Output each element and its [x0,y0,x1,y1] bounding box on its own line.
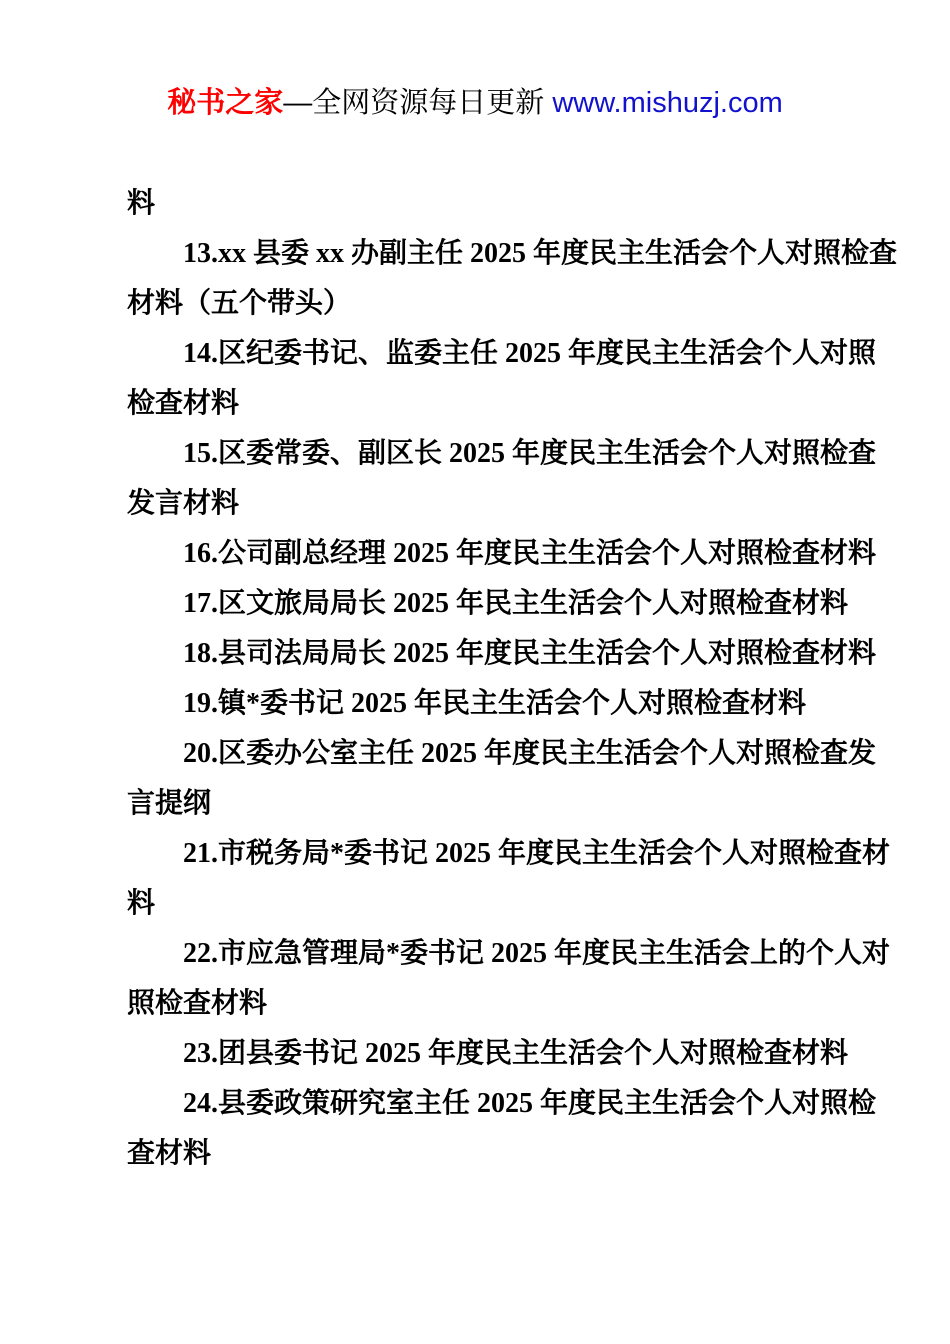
doc-line: 14.区纪委书记、监委主任 2025 年度民主生活会个人对照 [127,329,872,379]
doc-line: 材料（五个带头） [127,279,872,329]
list-item-21: 21.市税务局*委书记 2025 年度民主生活会个人对照检查材 料 [127,829,872,929]
list-item-22: 22.市应急管理局*委书记 2025 年度民主生活会上的个人对 照检查材料 [127,929,872,1029]
doc-line: 16.公司副总经理 2025 年度民主生活会个人对照检查材料 [127,529,872,579]
site-header: 秘书之家—全网资源每日更新 www.mishuzj.com [0,84,950,122]
doc-line: 13.xx 县委 xx 办副主任 2025 年度民主生活会个人对照检查 [127,229,872,279]
list-item-18: 18.县司法局局长 2025 年度民主生活会个人对照检查材料 [127,629,872,679]
doc-line: 发言材料 [127,479,872,529]
list-item-20: 20.区委办公室主任 2025 年度民主生活会个人对照检查发 言提纲 [127,729,872,829]
list-item-17: 17.区文旅局局长 2025 年民主生活会个人对照检查材料 [127,579,872,629]
doc-line: 20.区委办公室主任 2025 年度民主生活会个人对照检查发 [127,729,872,779]
site-brand: 秘书之家 [167,87,283,119]
list-item-24: 24.县委政策研究室主任 2025 年度民主生活会个人对照检 查材料 [127,1079,872,1179]
continuation-line: 料 [127,179,872,229]
site-url-link[interactable]: www.mishuzj.com [552,87,782,119]
list-item-14: 14.区纪委书记、监委主任 2025 年度民主生活会个人对照 检查材料 [127,329,872,429]
doc-line: 料 [127,879,872,929]
list-item-19: 19.镇*委书记 2025 年民主生活会个人对照检查材料 [127,679,872,729]
doc-line: 查材料 [127,1129,872,1179]
document-body: 料 13.xx 县委 xx 办副主任 2025 年度民主生活会个人对照检查 材料… [127,179,872,1179]
doc-line: 17.区文旅局局长 2025 年民主生活会个人对照检查材料 [127,579,872,629]
list-item-23: 23.团县委书记 2025 年度民主生活会个人对照检查材料 [127,1029,872,1079]
doc-line: 15.区委常委、副区长 2025 年度民主生活会个人对照检查 [127,429,872,479]
document-page: { "page": { "background": "#ffffff", "te… [0,0,950,1344]
doc-line: 21.市税务局*委书记 2025 年度民主生活会个人对照检查材 [127,829,872,879]
doc-line: 19.镇*委书记 2025 年民主生活会个人对照检查材料 [127,679,872,729]
doc-line: 言提纲 [127,779,872,829]
doc-line: 23.团县委书记 2025 年度民主生活会个人对照检查材料 [127,1029,872,1079]
doc-line: 照检查材料 [127,979,872,1029]
doc-line: 22.市应急管理局*委书记 2025 年度民主生活会上的个人对 [127,929,872,979]
list-item-15: 15.区委常委、副区长 2025 年度民主生活会个人对照检查 发言材料 [127,429,872,529]
doc-line: 检查材料 [127,379,872,429]
list-item-16: 16.公司副总经理 2025 年度民主生活会个人对照检查材料 [127,529,872,579]
list-item-13: 13.xx 县委 xx 办副主任 2025 年度民主生活会个人对照检查 材料（五… [127,229,872,329]
doc-line: 18.县司法局局长 2025 年度民主生活会个人对照检查材料 [127,629,872,679]
doc-line: 24.县委政策研究室主任 2025 年度民主生活会个人对照检 [127,1079,872,1129]
site-tagline: —全网资源每日更新 [283,87,552,119]
